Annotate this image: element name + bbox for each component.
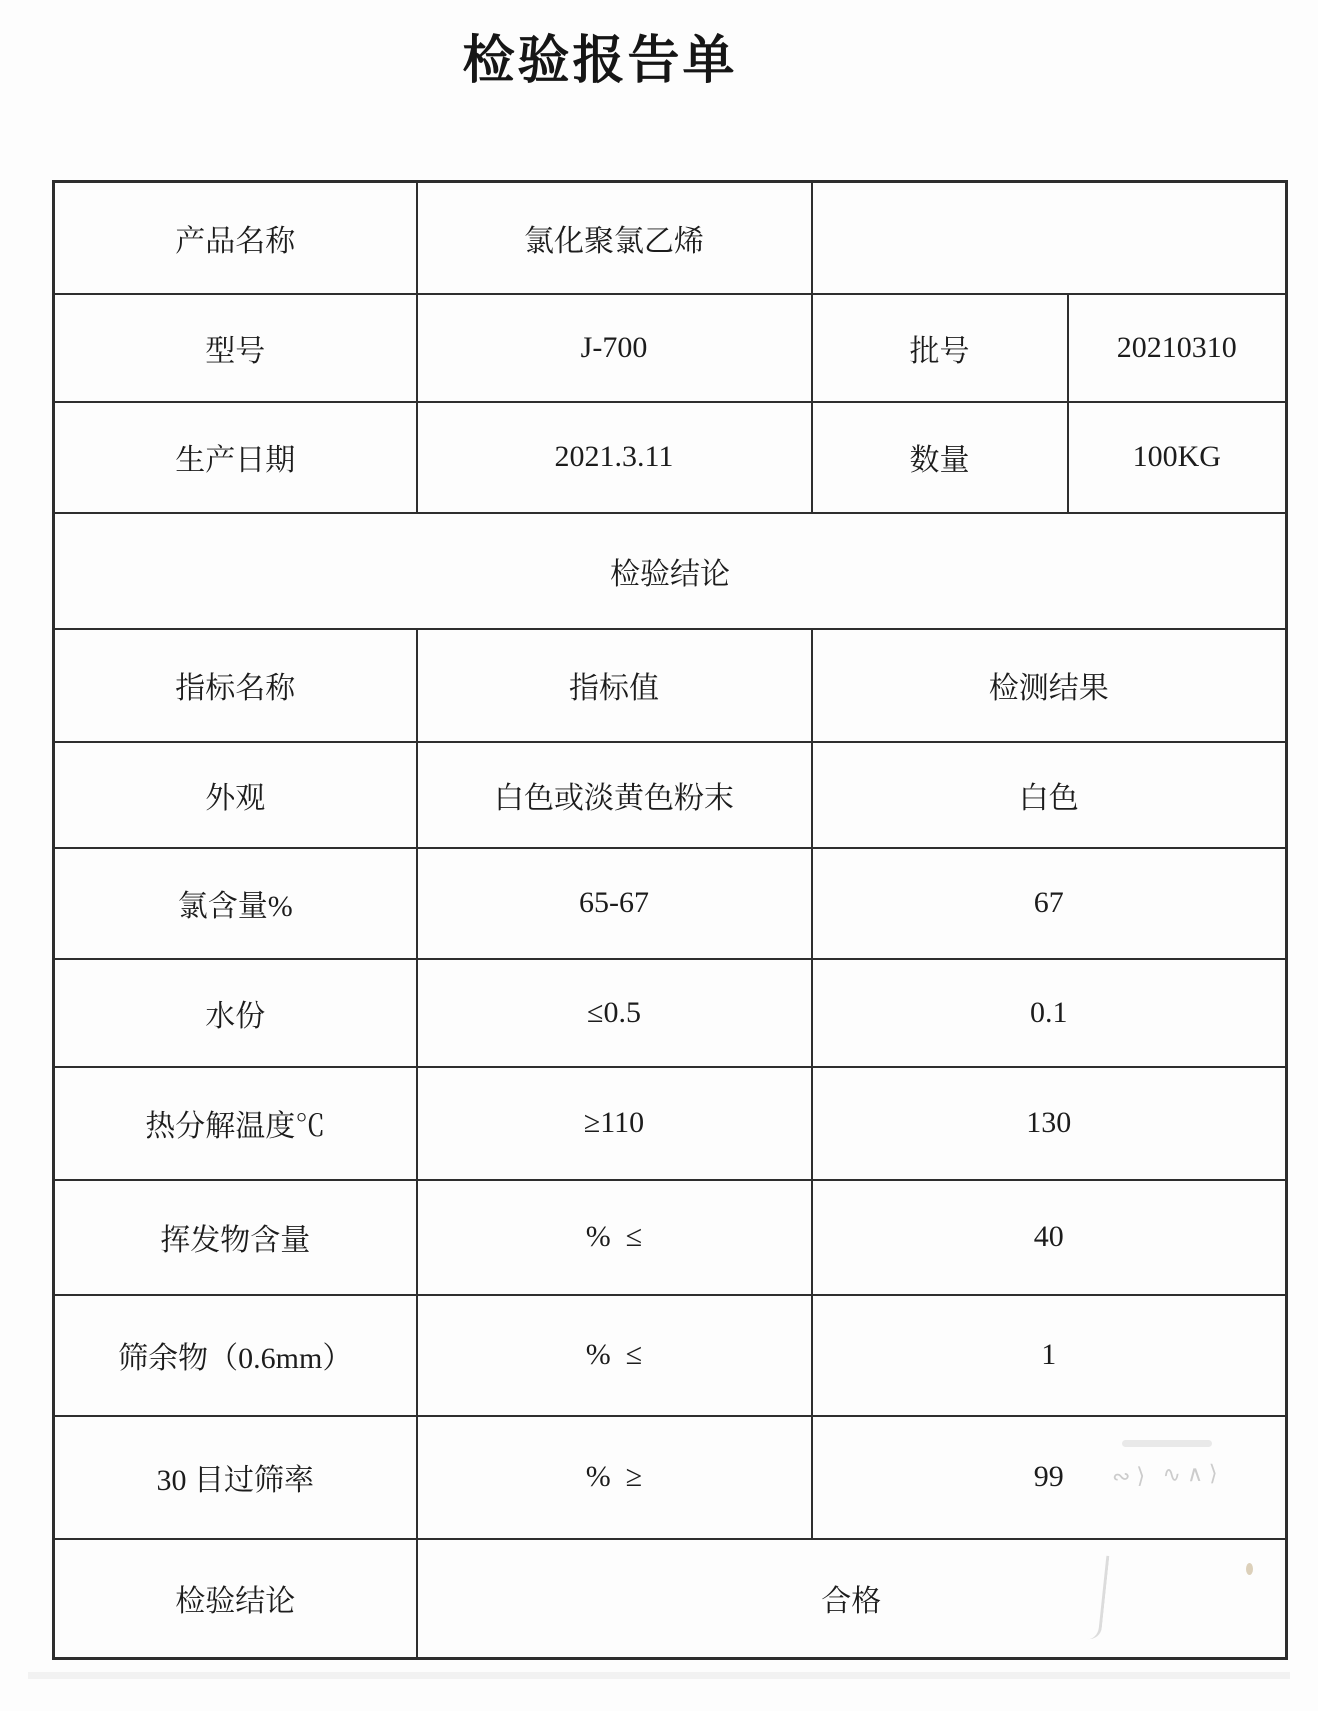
indicator-name: 水份 [54,959,417,1067]
table-row: 产品名称 氯化聚氯乙烯 [54,182,1287,294]
indicator-spec: ≥110 [417,1067,812,1180]
quantity-value: 100KG [1068,402,1287,513]
model-label: 型号 [54,294,417,402]
table-row: 30 目过筛率 % ≥ 99 [54,1416,1287,1539]
indicator-name: 外观 [54,742,417,848]
indicator-spec: % ≤ [417,1180,812,1295]
scan-artifact [28,1672,1290,1679]
table-row: 挥发物含量 % ≤ 40 [54,1180,1287,1295]
table-row: 外观 白色或淡黄色粉末 白色 [54,742,1287,848]
table-row: 型号 J-700 批号 20210310 [54,294,1287,402]
indicator-spec: 65-67 [417,848,812,959]
indicator-spec: % ≤ [417,1295,812,1416]
table-row: 指标名称 指标值 检测结果 [54,629,1287,742]
indicator-spec: 白色或淡黄色粉末 [417,742,812,848]
production-date-label: 生产日期 [54,402,417,513]
table-row: 检验结论 合格 [54,1539,1287,1659]
table-row: 生产日期 2021.3.11 数量 100KG [54,402,1287,513]
indicator-result: 99 [812,1416,1287,1539]
indicator-result: 40 [812,1180,1287,1295]
model-value: J-700 [417,294,812,402]
indicator-result: 0.1 [812,959,1287,1067]
product-name-label: 产品名称 [54,182,417,294]
table-row: 检验结论 [54,513,1287,629]
indicator-name: 30 目过筛率 [54,1416,417,1539]
table-row: 热分解温度℃ ≥110 130 [54,1067,1287,1180]
production-date-value: 2021.3.11 [417,402,812,513]
indicator-name: 筛余物（0.6mm） [54,1295,417,1416]
page-title: 检验报告单 [0,18,1200,93]
conclusion-label: 检验结论 [54,1539,417,1659]
batch-label: 批号 [812,294,1068,402]
indicator-spec: ≤0.5 [417,959,812,1067]
conclusion-value: 合格 [417,1539,1287,1659]
inspection-report-table: 产品名称 氯化聚氯乙烯 型号 J-700 批号 20210310 生产日期 20… [52,180,1288,1660]
indicator-result: 130 [812,1067,1287,1180]
indicator-result: 1 [812,1295,1287,1416]
batch-value: 20210310 [1068,294,1287,402]
table-row: 水份 ≤0.5 0.1 [54,959,1287,1067]
indicator-result: 白色 [812,742,1287,848]
table-row: 氯含量% 65-67 67 [54,848,1287,959]
indicator-spec: % ≥ [417,1416,812,1539]
indicator-name: 热分解温度℃ [54,1067,417,1180]
table-row: 筛余物（0.6mm） % ≤ 1 [54,1295,1287,1416]
indicator-result: 67 [812,848,1287,959]
column-header-spec: 指标值 [417,629,812,742]
column-header-result: 检测结果 [812,629,1287,742]
quantity-label: 数量 [812,402,1068,513]
indicator-name: 挥发物含量 [54,1180,417,1295]
empty-cell [812,182,1287,294]
column-header-name: 指标名称 [54,629,417,742]
indicator-name: 氯含量% [54,848,417,959]
section-title: 检验结论 [54,513,1287,629]
product-name-value: 氯化聚氯乙烯 [417,182,812,294]
